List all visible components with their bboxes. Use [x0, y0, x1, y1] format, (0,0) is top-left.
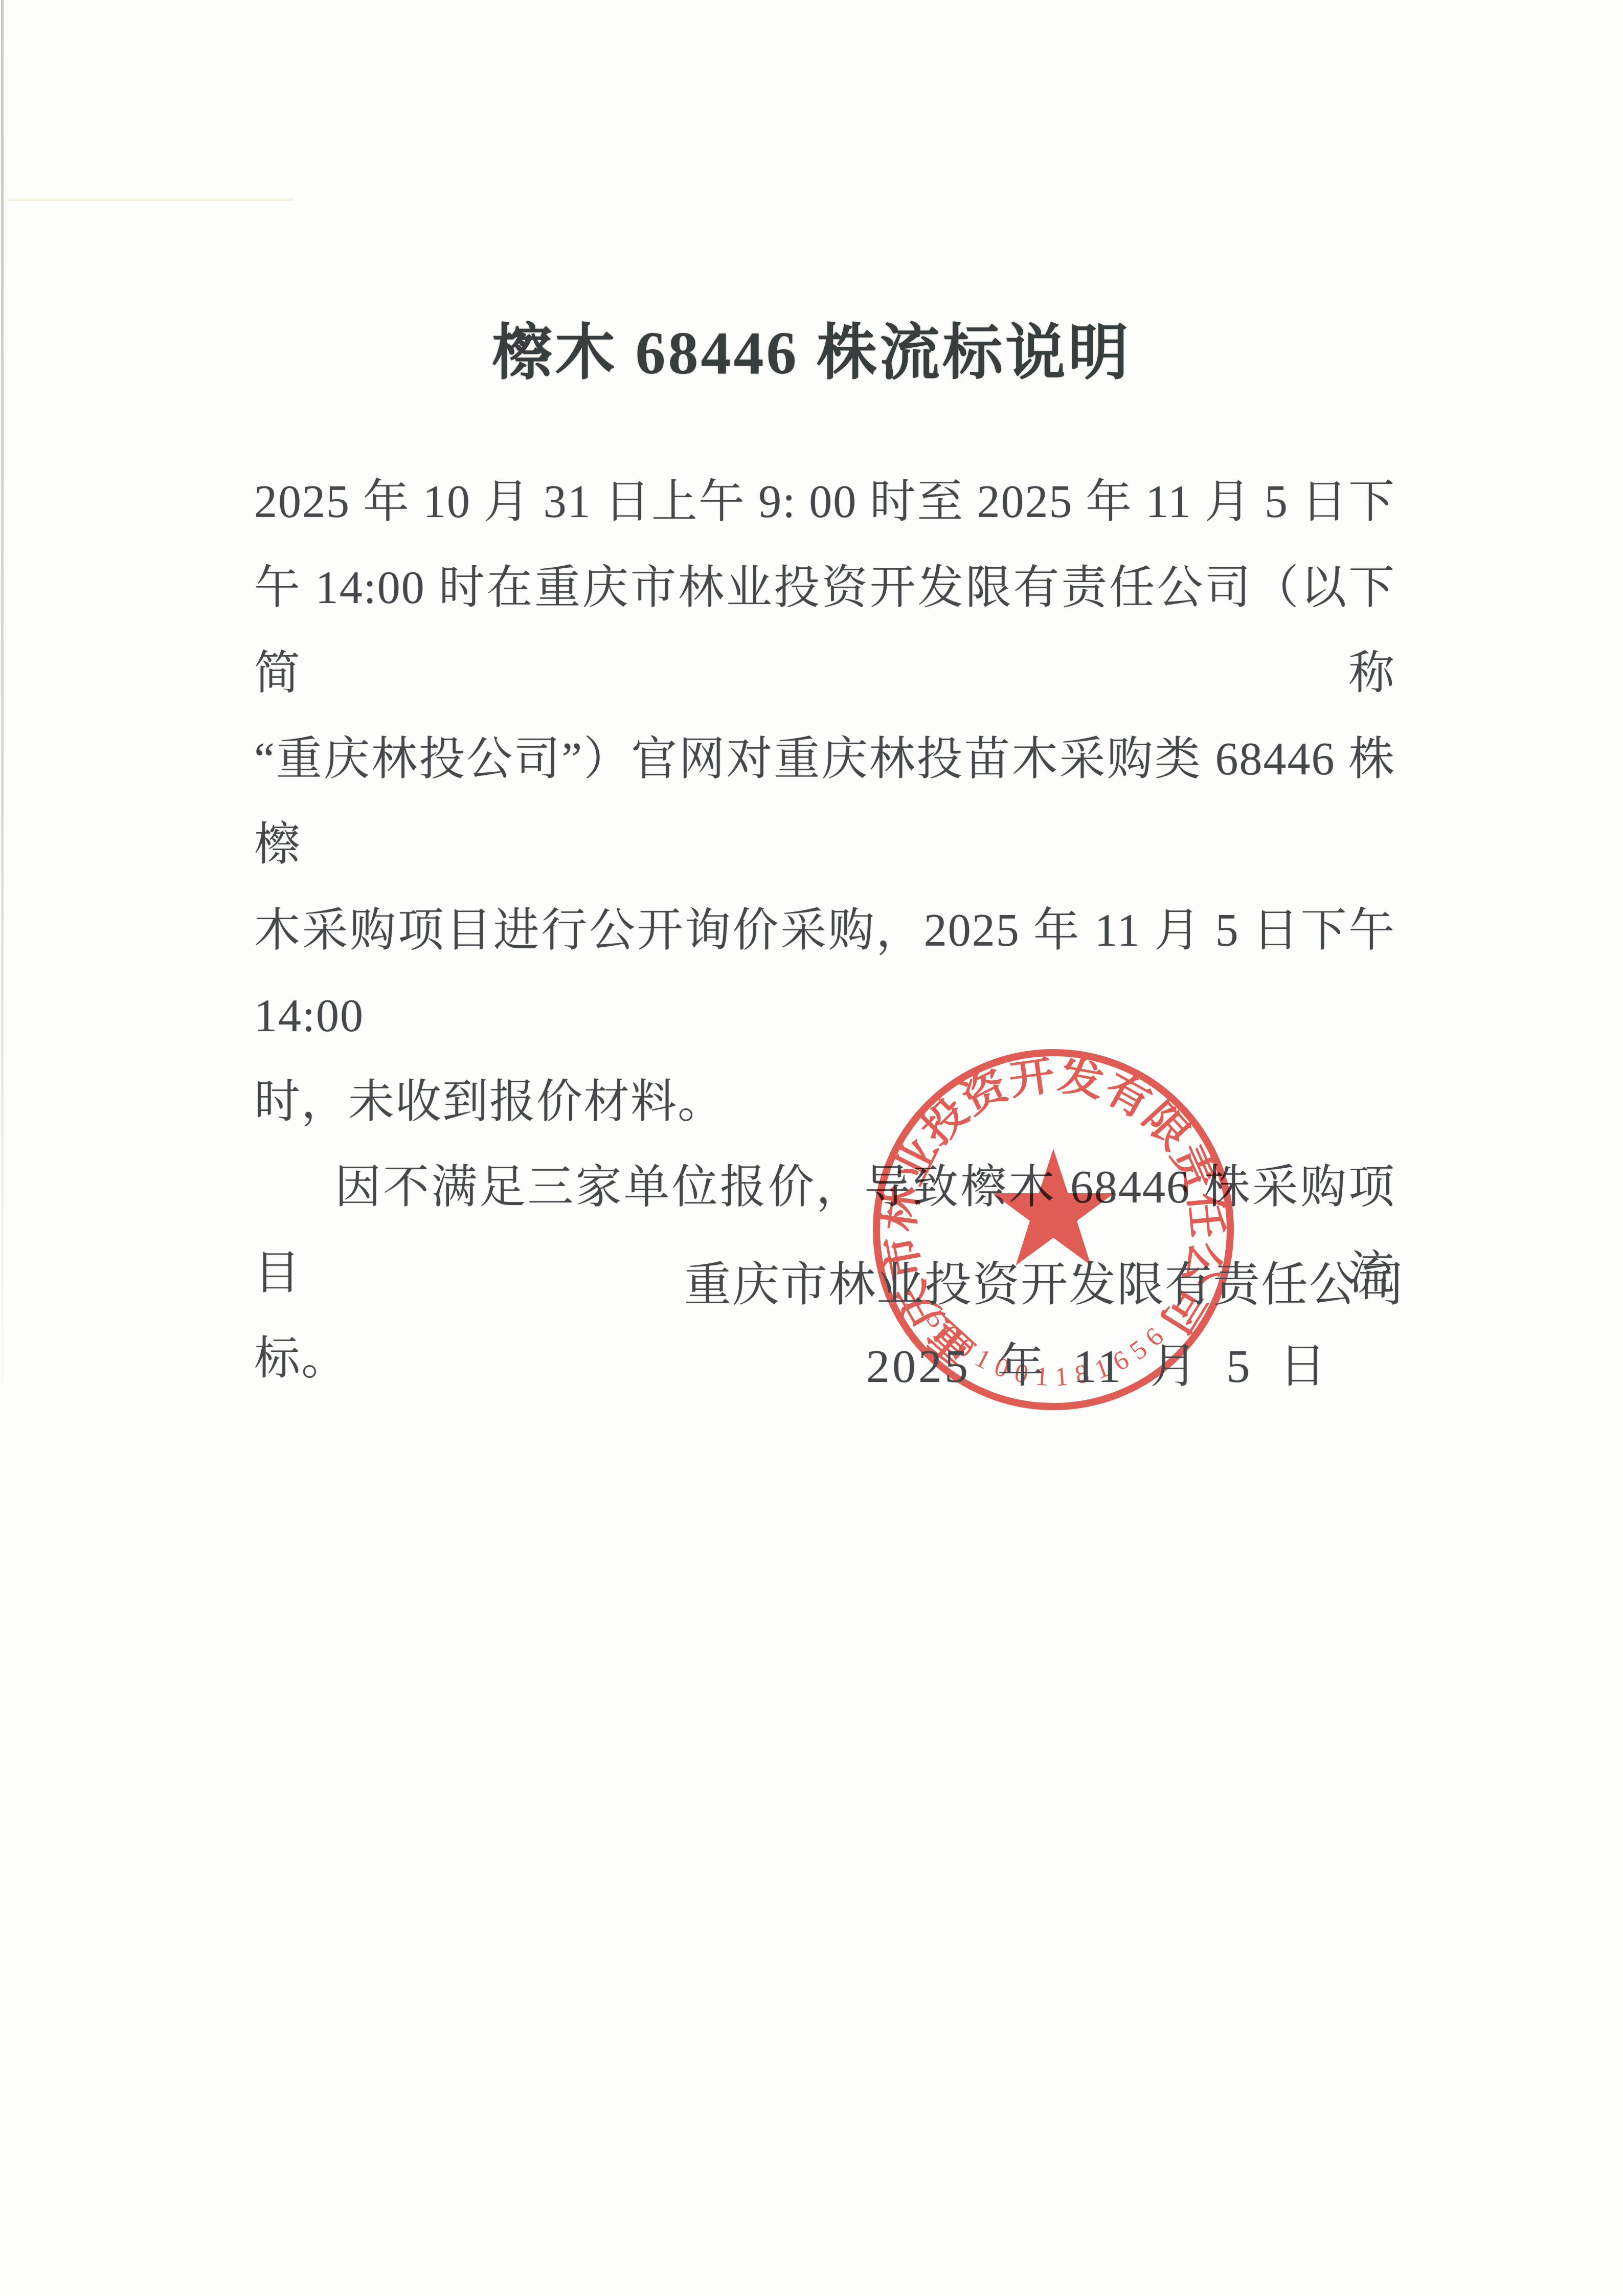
document-title: 檫木 68446 株流标说明 [0, 304, 1623, 391]
body-line-2: 午 14:00 时在重庆市林业投资开发限有责任公司（以下简称 [254, 545, 1395, 717]
signature-company-name: 重庆市林业投资开发限有责任公司 [684, 1247, 1405, 1314]
scan-edge-artifact [1, 0, 4, 1423]
body-line-3: “重庆林投公司”）官网对重庆林投苗木采购类 68446 株檫 [254, 717, 1395, 888]
body-line-4: 木采购项目进行公开询价采购，2025 年 11 月 5 日下午 14:00 [254, 888, 1395, 1059]
scan-streak-artifact [7, 198, 294, 201]
signature-date: 2025 年 11 月 5 日 [866, 1328, 1329, 1396]
scanned-document-page: 檫木 68446 株流标说明 2025 年 10 月 31 日上午 9: 00 … [0, 0, 1623, 2296]
body-line-1: 2025 年 10 月 31 日上午 9: 00 时至 2025 年 11 月 … [254, 459, 1395, 545]
